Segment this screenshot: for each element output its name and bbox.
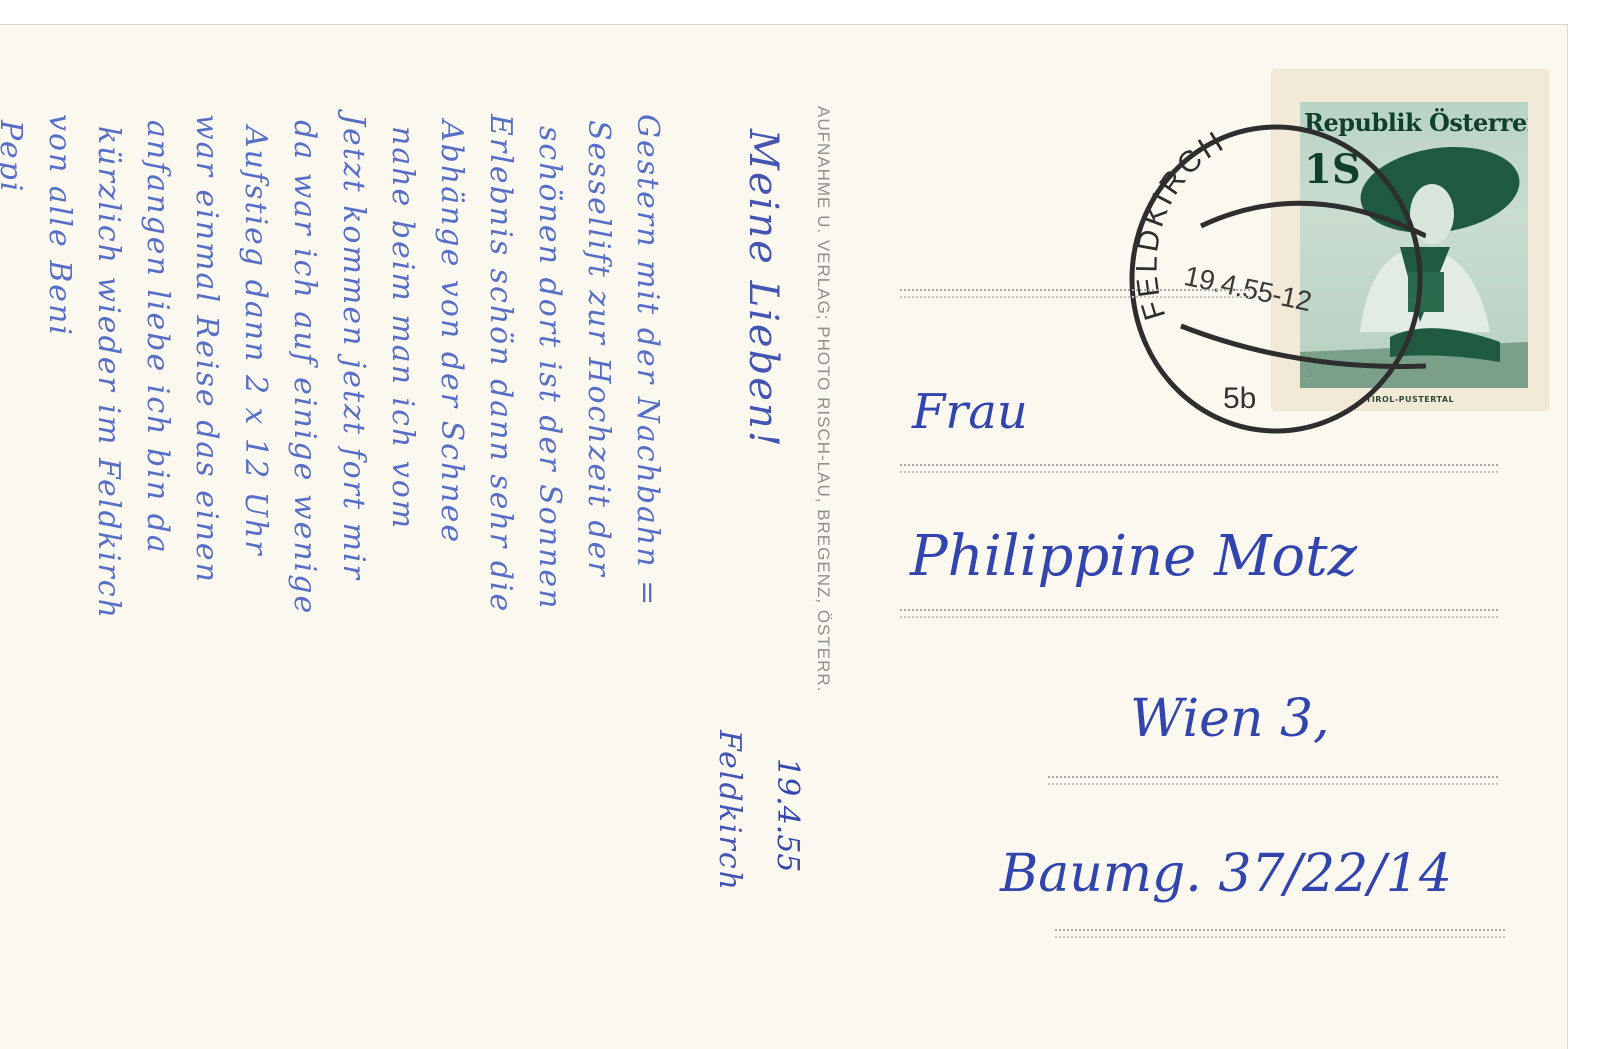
message-line: war einmal Reise das einen — [189, 114, 224, 584]
message-line: da war ich auf einige wenige — [287, 120, 322, 615]
message-line: kürzlich wieder im Feldkirch — [91, 126, 126, 620]
address-name: Philippine Motz — [910, 524, 1357, 589]
stamp-small-mark: S — [1306, 369, 1312, 380]
address-city: Wien 3, — [1130, 689, 1330, 749]
message-line: Pepi — [0, 120, 28, 193]
message-line: Aufstieg dann 2 x 12 Uhr — [238, 126, 273, 557]
message-date: 19.4.55 — [770, 758, 805, 873]
message-line: Sessellift zur Hochzeit der — [581, 120, 616, 578]
address-street: Baumg. 37/22/14 — [1000, 844, 1452, 904]
address-line-2 — [900, 464, 1498, 473]
address-salutation: Frau — [912, 384, 1028, 440]
message-line: Gestern mit der Nachbahn = — [630, 114, 665, 607]
message-line: anfangen liebe ich bin da — [140, 120, 175, 555]
message-line: Jetzt kommen jetzt fort mir — [336, 114, 371, 581]
woman-portrait-icon — [1300, 102, 1528, 388]
publisher-imprint: AUFNAHME U. VERLAG; PHOTO RISCH-LAU, BRE… — [813, 106, 833, 692]
address-line-1 — [900, 289, 1250, 298]
message-line: Abhänge von der Schnee — [434, 120, 469, 544]
message-line: schönen dort ist der Sonnen — [532, 126, 567, 610]
address-line-3 — [900, 609, 1498, 618]
stamp-caption: TIROL-PUSTERTAL — [1272, 395, 1548, 404]
message-line: von alle Beni — [42, 114, 77, 337]
postcard-back: Gestern mit der Nachbahn =Sessellift zur… — [0, 24, 1568, 1049]
message-greeting: Meine Lieben! — [740, 129, 786, 449]
stamp-face: Republik Österreich 1S S — [1300, 102, 1528, 388]
postmark-number: 5b — [1223, 382, 1256, 416]
message-line: nahe beim man ich vom — [385, 126, 420, 530]
message-line: Erlebnis schön dann sehr die — [483, 114, 518, 613]
message-place: Feldkirch — [712, 730, 747, 892]
address-line-4 — [1048, 776, 1498, 785]
address-line-5 — [1055, 929, 1505, 938]
postage-stamp: Republik Österreich 1S S TIROL-PUSTERTAL — [1272, 70, 1548, 410]
